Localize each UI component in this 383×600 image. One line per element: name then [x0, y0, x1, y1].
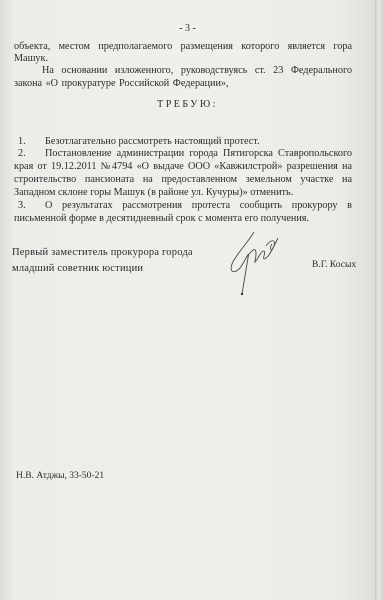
executor-contact: Н.В. Атджы, 33-50-21 [16, 470, 104, 483]
intro-line-3: На основании изложенного, руководствуясь… [42, 64, 352, 77]
item-2-number: 2. [18, 147, 26, 160]
signer-position-line-2: младший советник юстиции [12, 262, 143, 275]
item-2-line-2: края от 19.12.2011 №4794 «О выдаче ООО «… [14, 160, 352, 173]
page-edge-shadow [375, 0, 383, 600]
signer-position-line-1: Первый заместитель прокурора города [12, 246, 193, 259]
intro-line-1: объекта, местом предполагаемого размещен… [14, 40, 352, 53]
document-page: - 3 - объекта, местом предполагаемого ра… [0, 0, 375, 600]
demand-heading: ТРЕБУЮ: [0, 98, 375, 111]
item-3-line-1: О результатах рассмотрения протеста сооб… [45, 199, 352, 212]
page-number: - 3 - [0, 22, 375, 35]
item-2-line-4: Западном склоне горы Машук (в районе ул.… [14, 186, 293, 199]
intro-line-4: закона «О прокуратуре Российской Федерац… [14, 77, 229, 90]
handwritten-signature [226, 228, 286, 300]
item-3-line-2: письменной форме в десятидневный срок с … [14, 212, 309, 225]
item-2-line-3: строительство пансионата на предоставлен… [14, 173, 352, 186]
item-2-line-1: Постановление администрации города Пятиг… [45, 147, 352, 160]
item-3-number: 3. [18, 199, 26, 212]
signer-name: В.Г. Косых [312, 259, 356, 272]
